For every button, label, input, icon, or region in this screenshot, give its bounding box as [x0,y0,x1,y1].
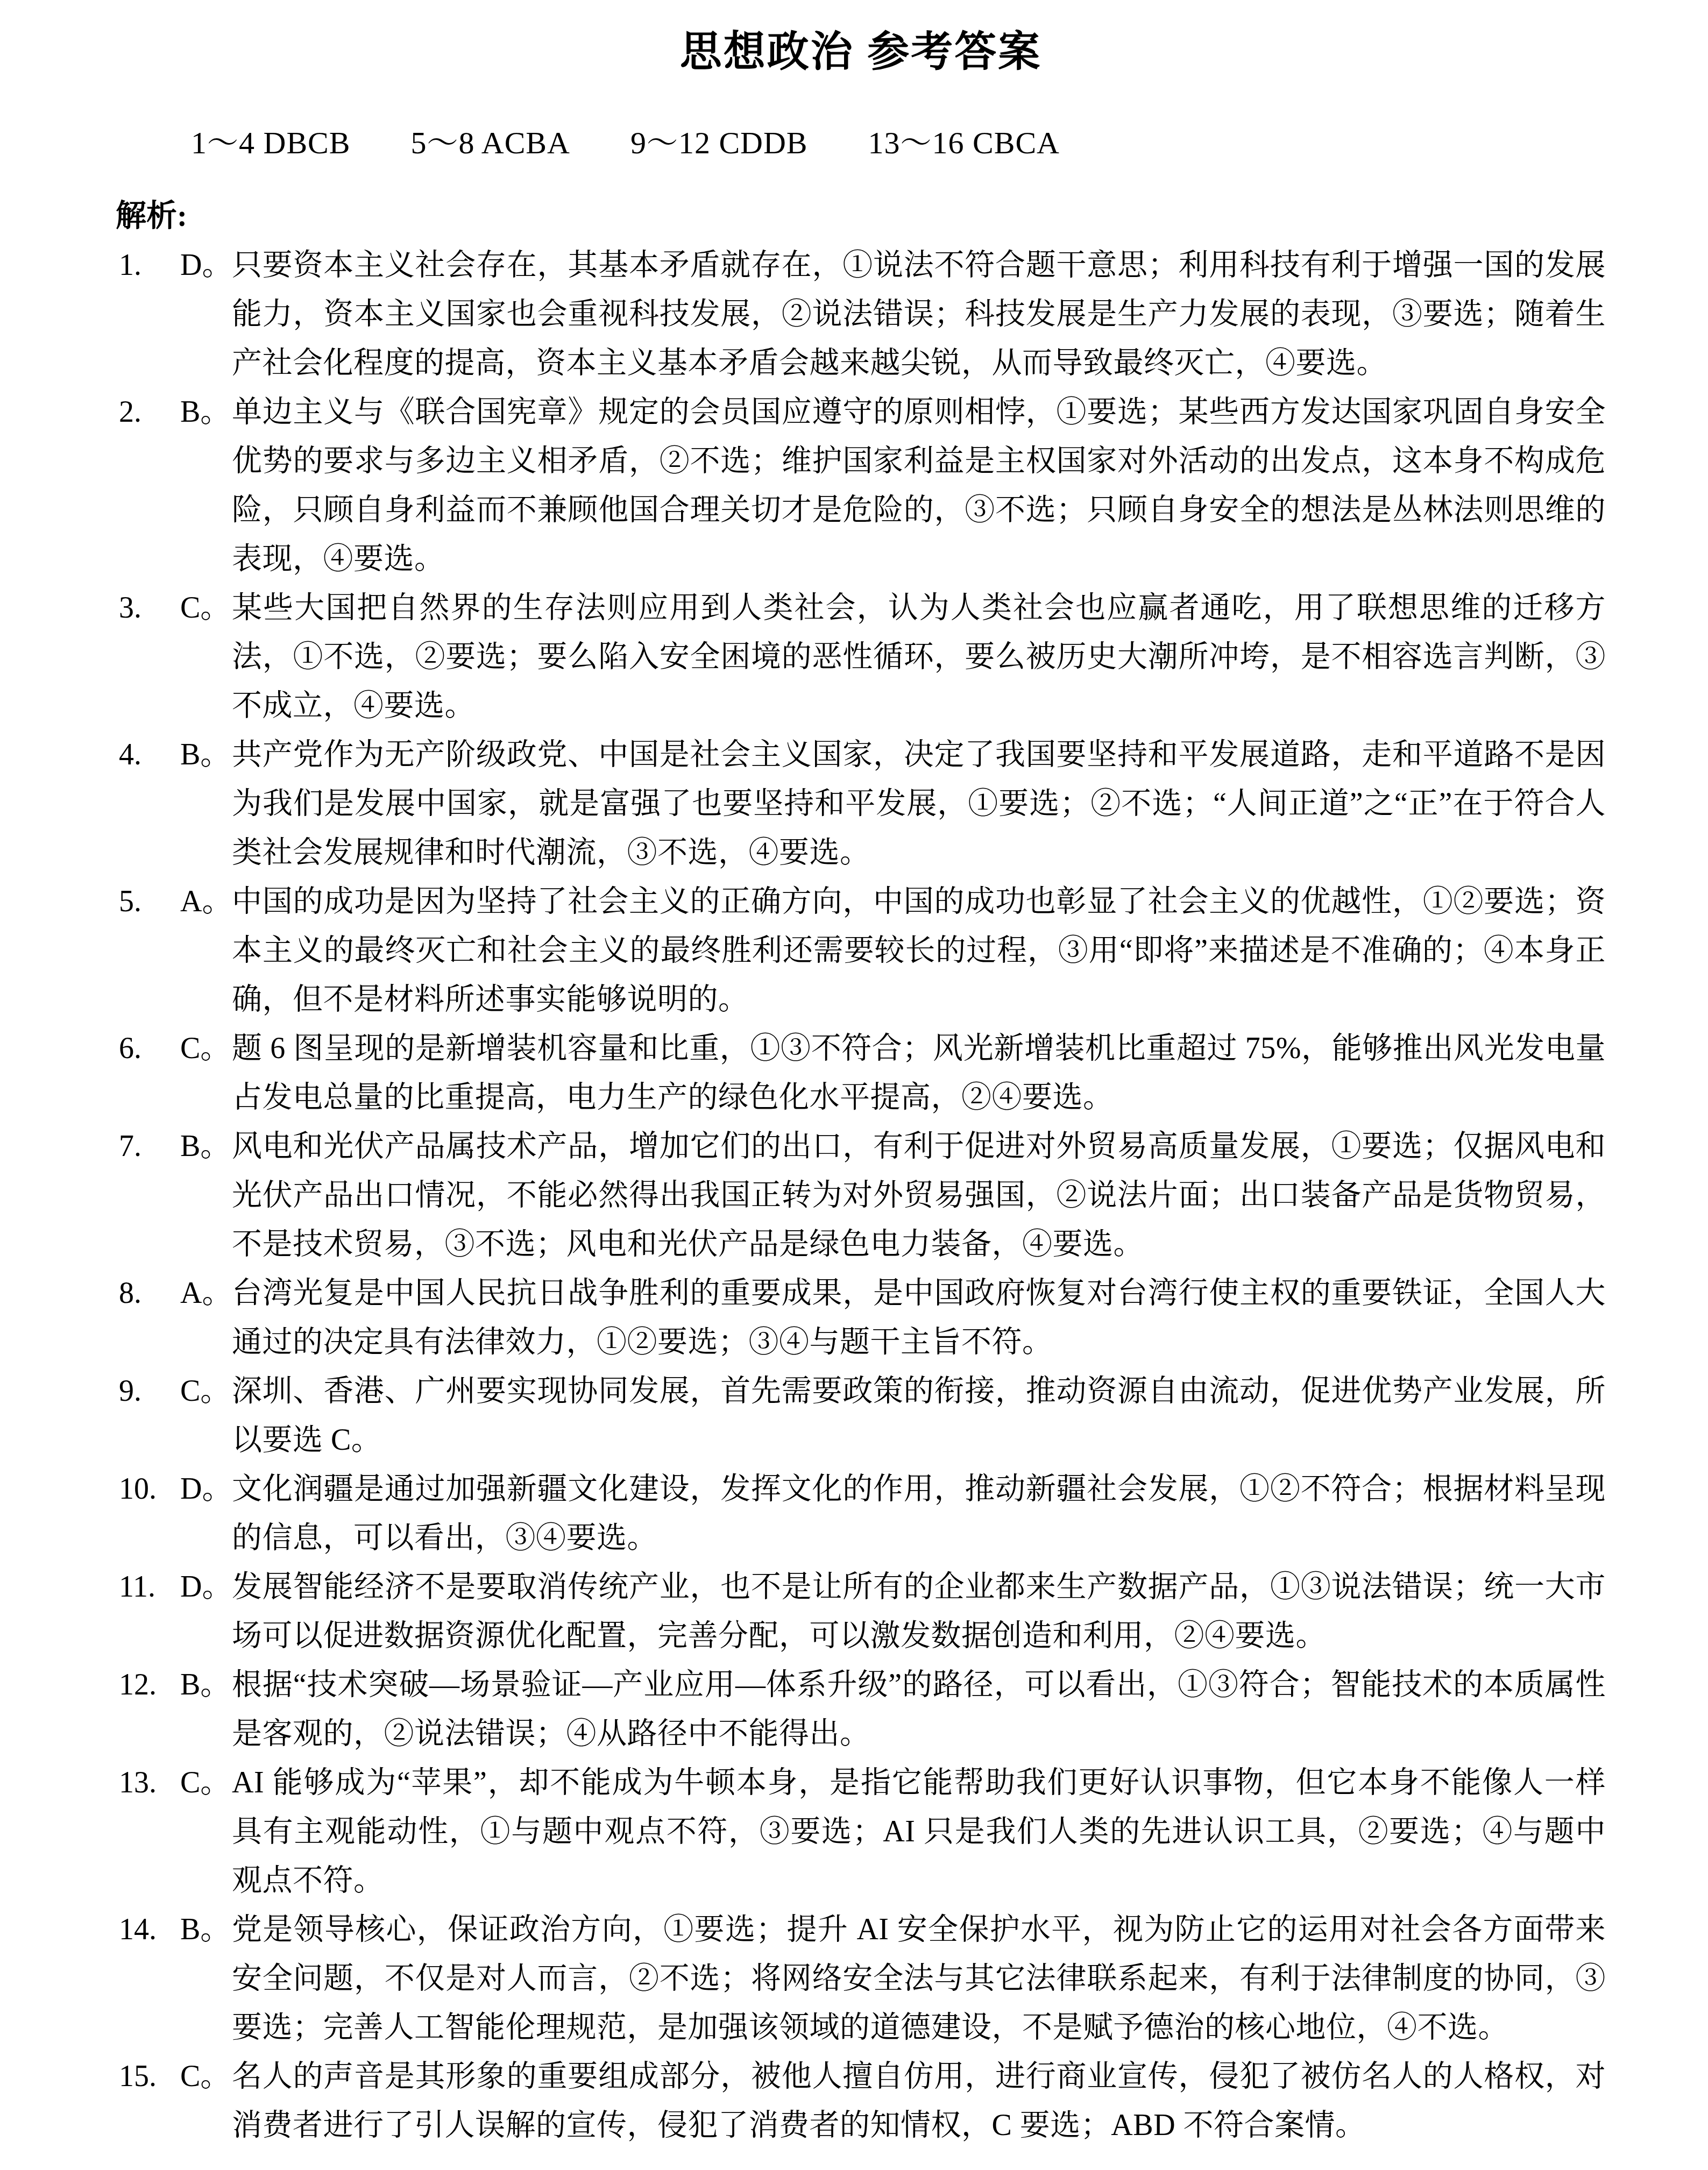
answer-group-13-16: 13～16 CBCA [868,118,1060,168]
item-explanation: 发展智能经济不是要取消传统产业，也不是让所有的企业都来生产数据产品，①③说法错误… [232,1570,1606,1653]
item-number: 12. [119,1661,157,1710]
item-answer-letter: A。 [180,1269,232,1318]
item-explanation: 名人的声音是其形象的重要组成部分，被他人擅自仿用，进行商业宣传，侵犯了被仿名人的… [232,2060,1606,2142]
answer-item-2: 2. B。 单边主义与《联合国宪章》规定的会员国应遵守的原则相悖，①要选；某些西… [116,388,1606,584]
item-number: 2. [119,388,141,437]
item-explanation: 风电和光伏产品属技术产品，增加它们的出口，有利于促进对外贸易高质量发展，①要选；… [232,1130,1606,1261]
item-explanation: 党是领导核心，保证政治方向，①要选；提升 AI 安全保护水平，视为防止它的运用对… [232,1913,1606,2044]
item-explanation: 根据“技术突破—场景验证—产业应用—体系升级”的路径，可以看出，①③符合；智能技… [232,1668,1606,1750]
item-answer-letter: B。 [180,731,230,779]
answer-group-5-8: 5～8 ACBA [410,118,570,168]
answer-item-10: 10. D。 文化润疆是通过加强新疆文化建设，发挥文化的作用，推动新疆社会发展，… [116,1465,1606,1563]
item-answer-letter: B。 [180,1122,230,1171]
item-number: 9. [119,1367,141,1416]
answer-item-3: 3. C。 某些大国把自然界的生存法则应用到人类社会，认为人类社会也应赢者通吃，… [116,584,1606,731]
item-answer-letter: C。 [180,1758,230,1807]
answer-item-6: 6. C。 题 6 图呈现的是新增装机容量和比重，①③不符合；风光新增装机比重超… [116,1024,1606,1122]
item-number: 6. [119,1024,141,1073]
item-number: 4. [119,731,141,779]
item-number: 10. [119,1465,157,1514]
item-answer-letter: C。 [180,1367,230,1416]
answer-sheet-page: 思想政治 参考答案 1～4 DBCB5～8 ACBA9～12 CDDB13～16… [0,0,1708,2170]
item-explanation: 题 6 图呈现的是新增装机容量和比重，①③不符合；风光新增装机比重超过 75%，… [232,1032,1606,1114]
item-explanation: 中国的成功是因为坚持了社会主义的正确方向，中国的成功也彰显了社会主义的优越性，①… [232,885,1606,1016]
item-explanation: 台湾光复是中国人民抗日战争胜利的重要成果，是中国政府恢复对台湾行使主权的重要铁证… [232,1277,1606,1359]
analysis-label: 解析: [116,192,1606,241]
answer-item-9: 9. C。 深圳、香港、广州要实现协同发展，首先需要政策的衔接，推动资源自由流动… [116,1367,1606,1465]
answer-item-7: 7. B。 风电和光伏产品属技术产品，增加它们的出口，有利于促进对外贸易高质量发… [116,1122,1606,1269]
answer-item-13: 13. C。 AI 能够成为“苹果”，却不能成为牛顿本身，是指它能帮助我们更好认… [116,1758,1606,1905]
item-number: 14. [119,1905,157,1954]
item-number: 7. [119,1122,141,1171]
item-number: 13. [119,1758,157,1807]
item-answer-letter: C。 [180,1024,230,1073]
answer-item-15: 15. C。 名人的声音是其形象的重要组成部分，被他人擅自仿用，进行商业宣传，侵… [116,2052,1606,2150]
item-number: 1. [119,241,141,290]
item-answer-letter: B。 [180,1661,230,1710]
item-answer-letter: B。 [180,388,230,437]
item-number: 3. [119,584,141,633]
item-number: 8. [119,1269,141,1318]
answer-item-5: 5. A。 中国的成功是因为坚持了社会主义的正确方向，中国的成功也彰显了社会主义… [116,877,1606,1024]
item-explanation: 共产党作为无产阶级政党、中国是社会主义国家，决定了我国要坚持和平发展道路，走和平… [232,738,1606,869]
answer-item-11: 11. D。 发展智能经济不是要取消传统产业，也不是让所有的企业都来生产数据产品… [116,1563,1606,1661]
answer-item-12: 12. B。 根据“技术突破—场景验证—产业应用—体系升级”的路径，可以看出，①… [116,1661,1606,1758]
item-explanation: 深圳、香港、广州要实现协同发展，首先需要政策的衔接，推动资源自由流动，促进优势产… [232,1374,1606,1457]
answer-item-8: 8. A。 台湾光复是中国人民抗日战争胜利的重要成果，是中国政府恢复对台湾行使主… [116,1269,1606,1367]
item-number: 5. [119,877,141,926]
item-explanation: AI 能够成为“苹果”，却不能成为牛顿本身，是指它能帮助我们更好认识事物，但它本… [232,1766,1606,1897]
item-answer-letter: B。 [180,1905,230,1954]
item-answer-letter: D。 [180,1465,232,1514]
answer-item-14: 14. B。 党是领导核心，保证政治方向，①要选；提升 AI 安全保护水平，视为… [116,1905,1606,2052]
item-answer-letter: A。 [180,877,232,926]
item-answer-letter: C。 [180,2052,230,2101]
answer-item-4: 4. B。 共产党作为无产阶级政党、中国是社会主义国家，决定了我国要坚持和平发展… [116,731,1606,877]
item-number: 15. [119,2052,157,2101]
answer-key-line: 1～4 DBCB5～8 ACBA9～12 CDDB13～16 CBCA [116,118,1606,168]
item-explanation: 单边主义与《联合国宪章》规定的会员国应遵守的原则相悖，①要选；某些西方发达国家巩… [232,395,1606,576]
item-number: 11. [119,1563,155,1612]
analysis-items: 1. D。 只要资本主义社会存在，其基本矛盾就存在，①说法不符合题干意思；利用科… [116,241,1606,2150]
page-title: 思想政治 参考答案 [116,26,1606,77]
item-answer-letter: D。 [180,241,232,290]
answer-group-9-12: 9～12 CDDB [630,118,808,168]
item-explanation: 某些大国把自然界的生存法则应用到人类社会，认为人类社会也应赢者通吃，用了联想思维… [232,591,1606,722]
item-answer-letter: C。 [180,584,230,633]
answer-item-1: 1. D。 只要资本主义社会存在，其基本矛盾就存在，①说法不符合题干意思；利用科… [116,241,1606,388]
item-explanation: 只要资本主义社会存在，其基本矛盾就存在，①说法不符合题干意思；利用科技有利于增强… [232,249,1606,380]
item-answer-letter: D。 [180,1563,232,1612]
item-explanation: 文化润疆是通过加强新疆文化建设，发挥文化的作用，推动新疆社会发展，①②不符合；根… [232,1472,1606,1555]
answer-group-1-4: 1～4 DBCB [191,118,350,168]
